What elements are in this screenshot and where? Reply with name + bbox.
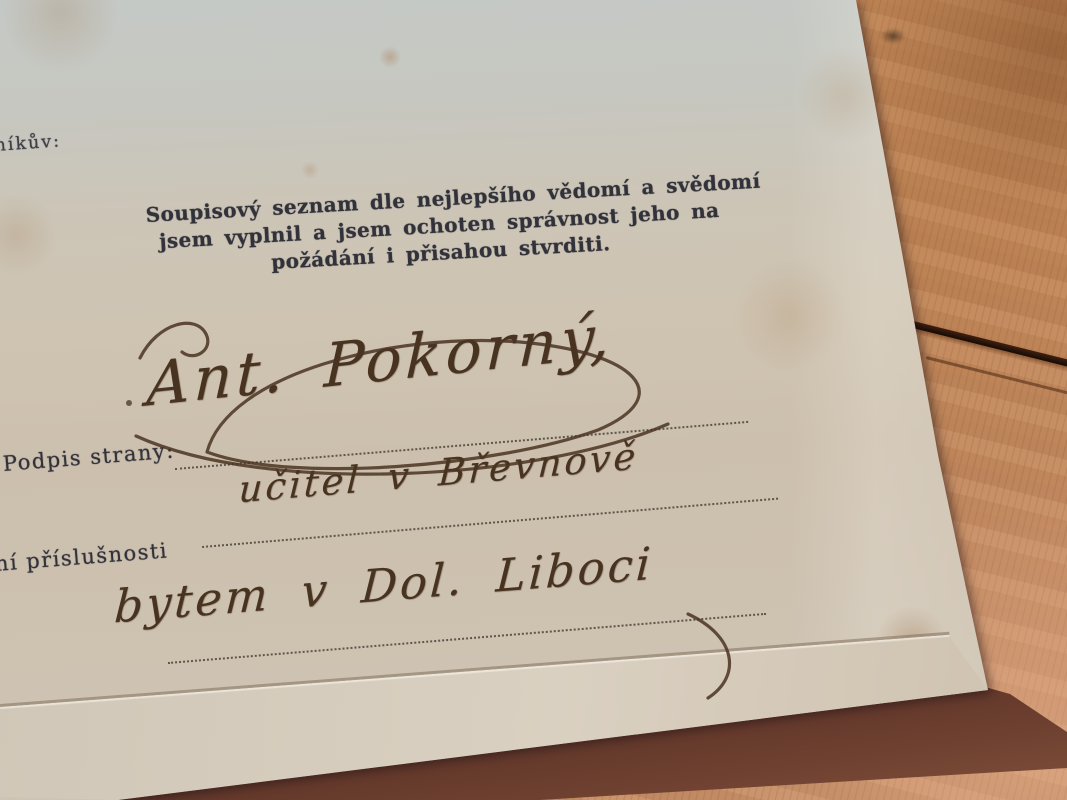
paper-document: níkův: Soupisový seznam dle nejlepšího v… (0, 0, 1067, 800)
residence-field-label-partial: ní příslušnosti (0, 538, 169, 576)
photo-of-document: níkův: Soupisový seznam dle nejlepšího v… (0, 0, 1067, 800)
ink-blot (126, 400, 132, 406)
handwritten-residence: bytem v Dol. Liboci (113, 537, 655, 634)
sworn-statement-paragraph: Soupisový seznam dle nejlepšího vědomí a… (145, 169, 734, 282)
handwritten-signature: Ant. Pokorný, (146, 301, 615, 421)
paper-wrapper: níkův: Soupisový seznam dle nejlepšího v… (0, 0, 1067, 800)
partial-form-label: níkův: (0, 131, 62, 156)
signature-field-label: Podpis strany: (2, 438, 176, 475)
